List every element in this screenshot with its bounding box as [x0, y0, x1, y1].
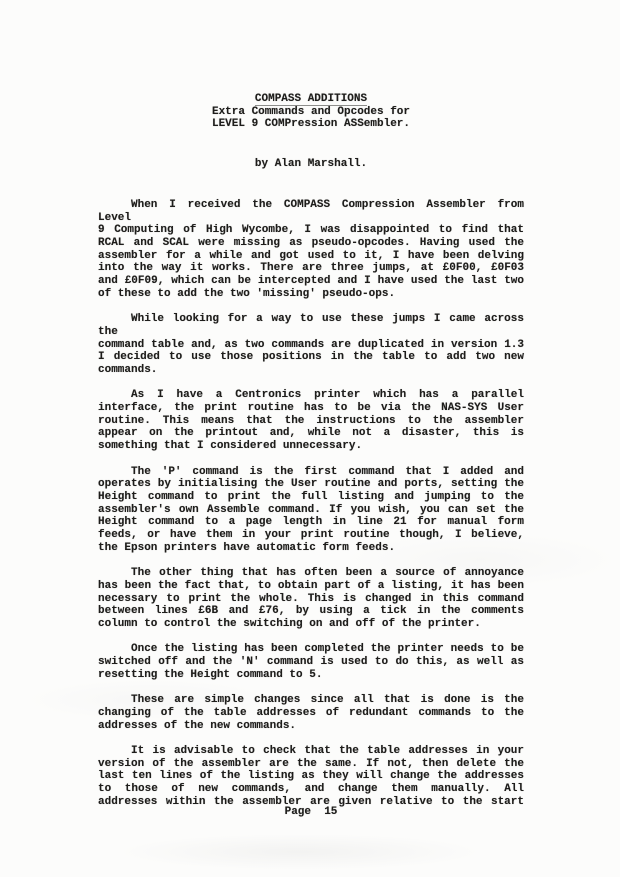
text-line: commands. [98, 364, 524, 377]
article-subtitle-line-2: LEVEL 9 COMPression ASSembler. [98, 118, 524, 131]
page-number: Page 15 [98, 806, 524, 819]
text-line: the Epson printers have automatic form f… [98, 542, 524, 555]
text-line: addresses of the new commands. [98, 720, 524, 733]
text-line: assembler's own Assemble command. If you… [98, 504, 524, 517]
paragraph: The 'P' command is the first command tha… [98, 466, 524, 555]
text-line: of these to add the two 'missing' pseudo… [98, 288, 524, 301]
text-line: last ten lines of the listing as they wi… [98, 770, 524, 783]
text-line: Once the listing has been completed the … [98, 643, 524, 656]
article-title-text: COMPASS ADDITIONS [255, 93, 367, 106]
paragraph: When I received the COMPASS Compression … [98, 199, 524, 301]
paragraph: While looking for a way to use these jum… [98, 313, 524, 377]
text-line: RCAL and SCAL were missing as pseudo-opc… [98, 237, 524, 250]
text-line: necessary to print the whole. This is ch… [98, 593, 524, 606]
text-line: between lines £6B and £76, by using a ti… [98, 605, 524, 618]
text-line: assembler for a while and got used to it… [98, 250, 524, 263]
text-line: I decided to use those positions in the … [98, 351, 524, 364]
text-line: something that I considered unnecessary. [98, 440, 524, 453]
text-line: While looking for a way to use these jum… [98, 313, 524, 338]
paragraph: These are simple changes since all that … [98, 694, 524, 732]
paragraph: The other thing that has often been a so… [98, 567, 524, 631]
byline: by Alan Marshall. [98, 158, 524, 171]
text-line: to those of new commands, and change the… [98, 783, 524, 796]
page-content: COMPASS ADDITIONS Extra Commands and Opc… [98, 93, 524, 808]
text-line: The 'P' command is the first command tha… [98, 466, 524, 479]
text-line: has been the fact that, to obtain part o… [98, 580, 524, 593]
body-text: When I received the COMPASS Compression … [98, 199, 524, 809]
text-line: routine. This means that the instruction… [98, 415, 524, 428]
text-line: 9 Computing of High Wycombe, I was disap… [98, 224, 524, 237]
paragraph: Once the listing has been completed the … [98, 643, 524, 681]
text-line: switched off and the 'N' command is used… [98, 656, 524, 669]
text-line: operates by initialising the User routin… [98, 478, 524, 491]
text-line: interface, the print routine has to be v… [98, 402, 524, 415]
text-line: feeds, or have them in your print routin… [98, 529, 524, 542]
text-line: When I received the COMPASS Compression … [98, 199, 524, 224]
text-line: version of the assembler are the same. I… [98, 758, 524, 771]
text-line: Height command to print the full listing… [98, 491, 524, 504]
article-subtitle-line-1: Extra Commands and Opcodes for [98, 106, 524, 119]
text-line: It is advisable to check that the table … [98, 745, 524, 758]
text-line: The other thing that has often been a so… [98, 567, 524, 580]
text-line: changing of the table addresses of redun… [98, 707, 524, 720]
text-line: and £0F09, which can be intercepted and … [98, 275, 524, 288]
article-title-block: COMPASS ADDITIONS Extra Commands and Opc… [98, 93, 524, 131]
text-line: As I have a Centronics printer which has… [98, 389, 524, 402]
article-title: COMPASS ADDITIONS [98, 93, 524, 106]
text-line: Height command to a page length in line … [98, 516, 524, 529]
text-line: appear on the printout and, while not a … [98, 427, 524, 440]
text-line: command table and, as two commands are d… [98, 339, 524, 352]
scanned-document-page: COMPASS ADDITIONS Extra Commands and Opc… [0, 0, 620, 877]
text-line: These are simple changes since all that … [98, 694, 524, 707]
paragraph: As I have a Centronics printer which has… [98, 389, 524, 453]
text-line: column to control the switching on and o… [98, 618, 524, 631]
text-line: resetting the Height command to 5. [98, 669, 524, 682]
paragraph: It is advisable to check that the table … [98, 745, 524, 809]
text-line: into the way it works. There are three j… [98, 262, 524, 275]
